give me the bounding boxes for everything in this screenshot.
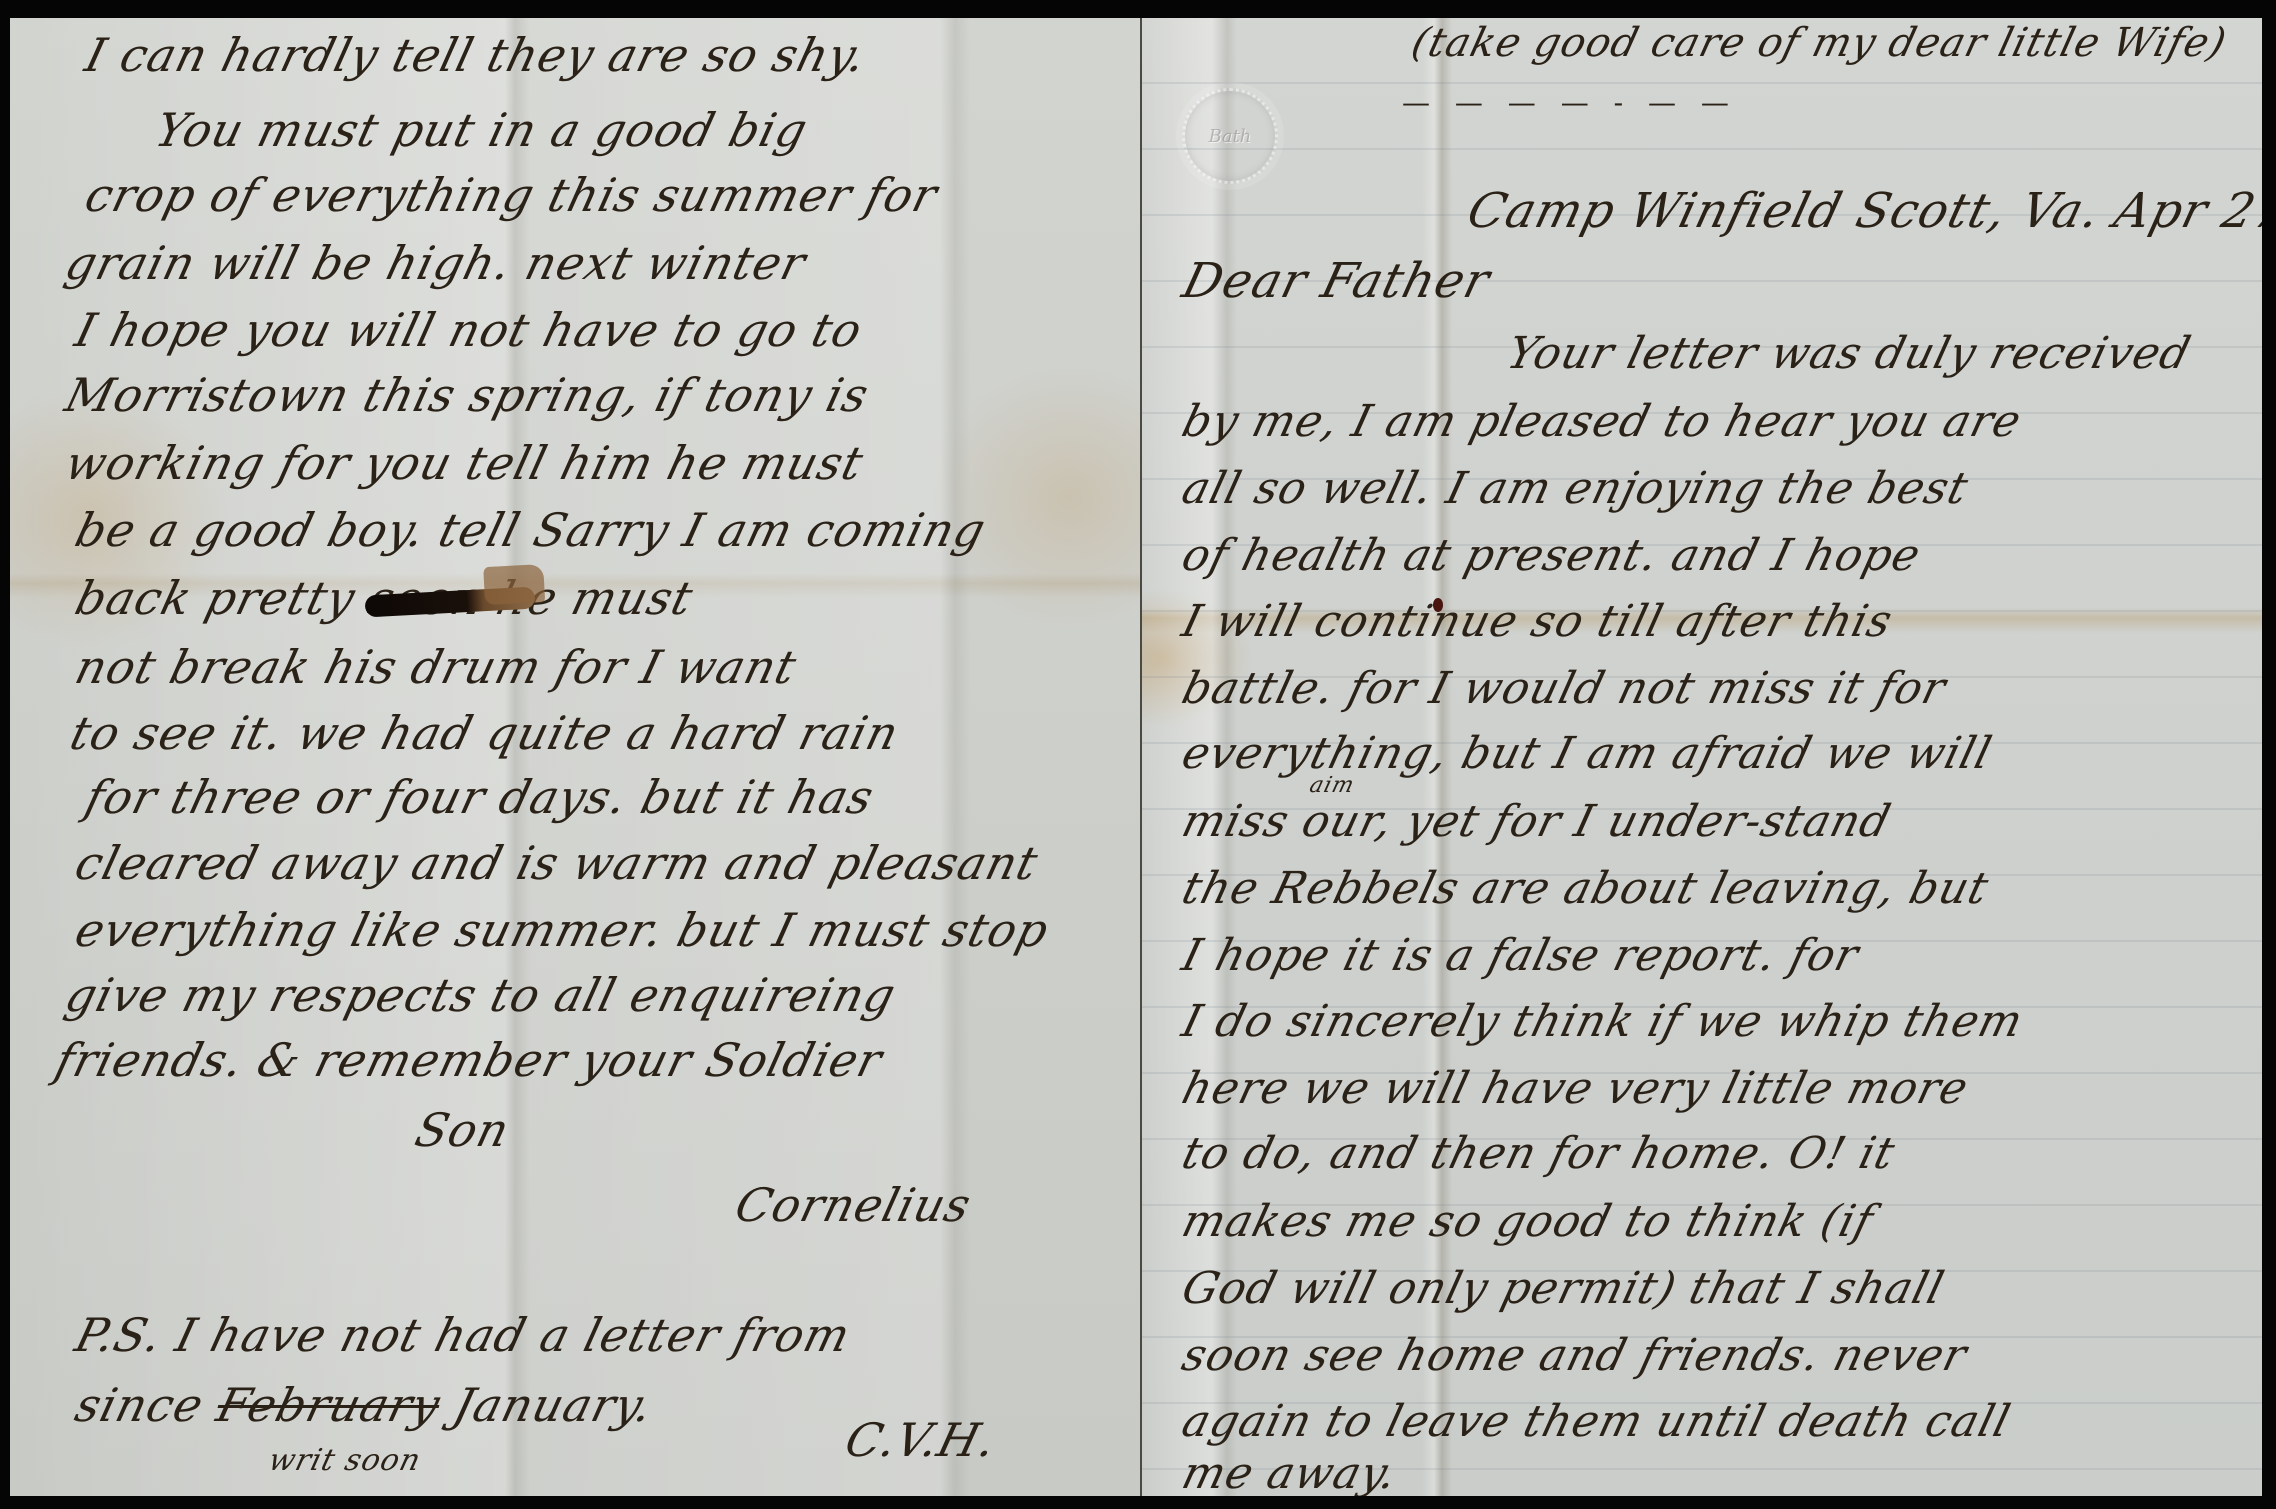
signature: Cornelius (730, 1178, 977, 1232)
right-line-3: all so well. I am enjoying the best (1177, 463, 1974, 514)
closing-son: Son (410, 1103, 515, 1157)
left-line-11: to see it. we had quite a hard rain (65, 706, 905, 760)
left-line-7: working for you tell him he must (60, 436, 869, 490)
left-line-8: be a good boy. tell Sarry I am coming (70, 503, 992, 557)
left-line-1: I can hardly tell they are so shy. (80, 28, 872, 82)
salutation: Dear Father (1177, 253, 1496, 309)
right-line-12: here we will have very little more (1177, 1063, 1974, 1114)
left-page: I can hardly tell they are so shy. You m… (10, 18, 1140, 1496)
letter-sheet: I can hardly tell they are so shy. You m… (10, 18, 2260, 1496)
right-line-5: I will continue so till after this (1177, 596, 1898, 647)
right-line-16: soon see home and friends. never (1177, 1330, 1972, 1381)
left-line-16: friends. & remember your Soldier (50, 1033, 888, 1087)
left-line-14: everything like summer. but I must stop (70, 903, 1055, 957)
insertion-aim: aim (1307, 773, 1357, 798)
right-line-2: by me, I am pleased to hear you are (1177, 396, 2027, 447)
left-line-12: for three or four days. but it has (80, 770, 880, 824)
left-line-4: grain will be high. next winter (60, 236, 812, 290)
left-line-15: give my respects to all enquireing (60, 968, 902, 1022)
right-line-11: I do sincerely think if we whip them (1177, 996, 2029, 1047)
right-line-7: everything, but I am afraid we will (1177, 728, 1997, 779)
right-line-6: battle. for I would not miss it for (1177, 663, 1951, 714)
right-line-10: I hope it is a false report. for (1177, 930, 1864, 981)
postscript-line-2: since February January. (70, 1378, 659, 1432)
top-note-underline: — — — — - — — (1402, 86, 1737, 119)
postscript-line-1: P.S. I have not had a letter from (70, 1308, 856, 1362)
right-line-17: again to leave them until death call (1177, 1396, 2016, 1447)
embossed-seal-icon: Bath (1182, 88, 1278, 184)
postscript-insert: writ soon (265, 1443, 425, 1478)
right-line-4: of health at present. and I hope (1177, 530, 1926, 581)
left-line-13: cleared away and is warm and pleasant (70, 836, 1044, 890)
seal-text: Bath (1209, 126, 1252, 147)
postscript-initials: C.V.H. (840, 1413, 1002, 1467)
right-line-14: makes me so good to think (if (1177, 1196, 1879, 1247)
right-line-18: me away. (1177, 1448, 1403, 1496)
top-note: (take good care of my dear little Wife) (1407, 20, 2231, 66)
left-line-5: I hope you will not have to go to (70, 303, 868, 357)
left-line-6: Morristown this spring, if tony is (60, 368, 875, 422)
left-line-3: crop of everything this summer for (80, 168, 943, 222)
left-line-2: You must put in a good big (150, 103, 813, 157)
postscript-month: January. (448, 1378, 658, 1432)
dateline: Camp Winfield Scott, Va. Apr 27th/62 (1462, 183, 2262, 239)
postscript-since: since (70, 1378, 209, 1432)
right-page: (take good care of my dear little Wife) … (1140, 18, 2262, 1496)
ink-spot (1433, 598, 1443, 612)
right-line-1: Your letter was duly received (1502, 328, 2196, 379)
right-line-9: the Rebbels are about leaving, but (1177, 863, 1994, 914)
left-line-10: not break his drum for I want (70, 640, 802, 694)
postscript-struck-word: February (212, 1378, 447, 1432)
right-line-13: to do, and then for home. O! it (1177, 1128, 1900, 1179)
right-line-8: miss our, yet for I under-stand (1177, 796, 1896, 847)
right-line-15: God will only permit) that I shall (1177, 1263, 1950, 1314)
